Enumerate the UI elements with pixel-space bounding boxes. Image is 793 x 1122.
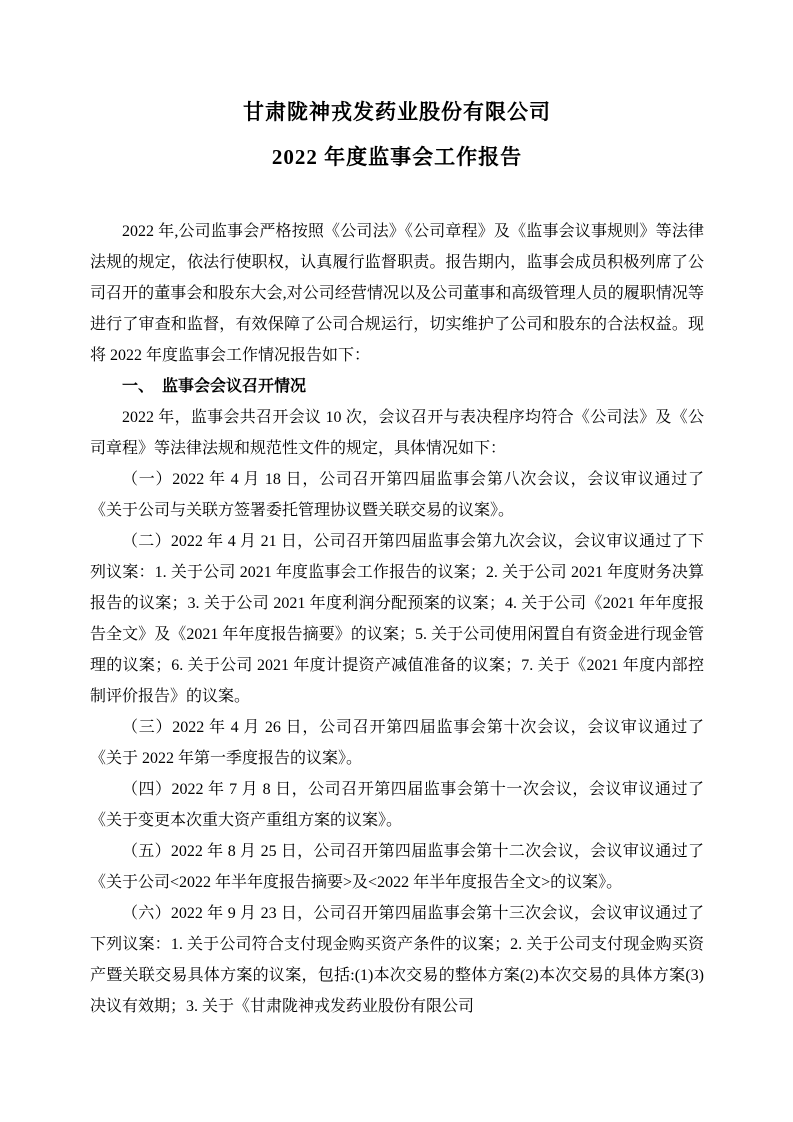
paragraph-meeting-summary: 2022 年，监事会共召开会议 10 次，会议召开与表决程序均符合《公司法》及《… — [90, 402, 704, 464]
paragraph-intro: 2022 年,公司监事会严格按照《公司法》《公司章程》及《监事会议事规则》等法律… — [90, 216, 704, 371]
paragraph-meeting-1: （一）2022 年 4 月 18 日，公司召开第四届监事会第八次会议，会议审议通… — [90, 464, 704, 526]
paragraph-meeting-5: （五）2022 年 8 月 25 日，公司召开第四届监事会第十二次会议，会议审议… — [90, 836, 704, 898]
paragraph-meeting-4: （四）2022 年 7 月 8 日，公司召开第四届监事会第十一次会议，会议审议通… — [90, 774, 704, 836]
section-heading-meeting-overview: 一、 监事会会议召开情况 — [90, 371, 704, 402]
company-name-title: 甘肃陇神戎发药业股份有限公司 — [90, 90, 704, 135]
paragraph-meeting-2: （二）2022 年 4 月 21 日，公司召开第四届监事会第九次会议，会议审议通… — [90, 526, 704, 712]
document-page: 甘肃陇神戎发药业股份有限公司 2022 年度监事会工作报告 2022 年,公司监… — [0, 0, 793, 1122]
report-title: 2022 年度监事会工作报告 — [90, 135, 704, 180]
report-body: 2022 年,公司监事会严格按照《公司法》《公司章程》及《监事会议事规则》等法律… — [90, 216, 704, 1022]
paragraph-meeting-3: （三）2022 年 4 月 26 日，公司召开第四届监事会第十次会议，会议审议通… — [90, 712, 704, 774]
document-content: 甘肃陇神戎发药业股份有限公司 2022 年度监事会工作报告 2022 年,公司监… — [90, 90, 704, 1022]
paragraph-meeting-6: （六）2022 年 9 月 23 日，公司召开第四届监事会第十三次会议，会议审议… — [90, 898, 704, 1022]
